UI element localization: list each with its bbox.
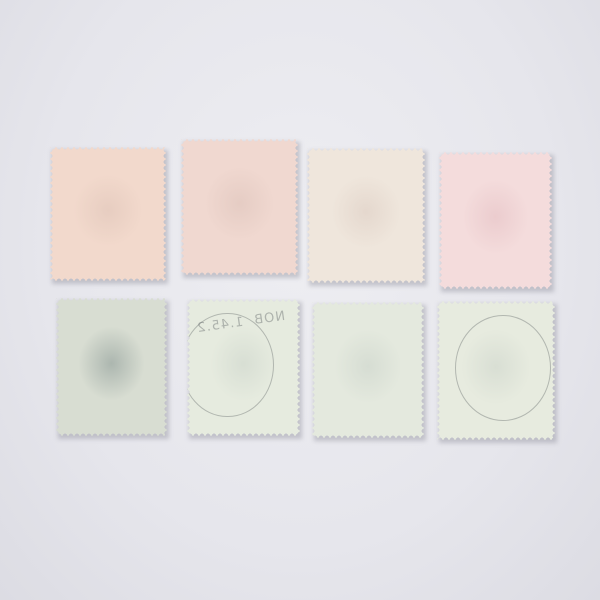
show-through-design (78, 326, 145, 402)
stamp-5 (56, 298, 167, 436)
stamp-2 (181, 139, 298, 275)
stamp-1 (50, 147, 166, 281)
stamp-4 (439, 152, 552, 289)
postmark-circle (455, 315, 551, 421)
stamp-8 (437, 301, 555, 440)
show-through-design (462, 179, 530, 254)
show-through-design (73, 174, 143, 248)
stamp-7 (312, 302, 424, 438)
show-through-design (334, 329, 401, 404)
show-through-design (204, 166, 274, 241)
stamp-3 (307, 148, 425, 283)
stamp-6: NOB 1.45.2 (187, 299, 300, 436)
show-through-design (331, 175, 402, 249)
